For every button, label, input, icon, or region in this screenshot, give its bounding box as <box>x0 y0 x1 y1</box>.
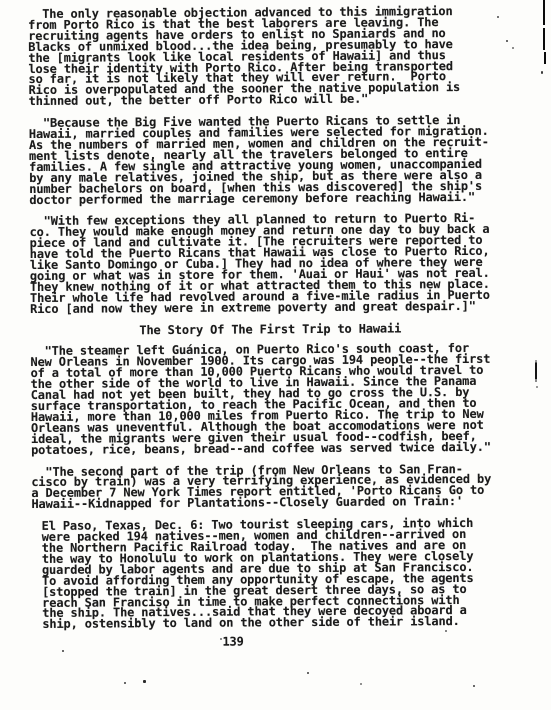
scan-speckle <box>512 47 514 49</box>
scan-edge-line <box>544 52 546 64</box>
scan-speckle <box>473 685 475 687</box>
scan-speckle <box>536 386 538 388</box>
page-number: 139 <box>222 635 512 648</box>
scanned-document-page: The only reasonable objection advanced t… <box>0 0 551 710</box>
document-text: The only reasonable objection advanced t… <box>28 6 512 649</box>
section-heading: The Story Of The First Trip to Hawaii <box>30 322 510 336</box>
scan-speckle <box>62 650 64 652</box>
scan-dash-mark <box>535 360 537 382</box>
quote-text: Two tourist sleeping cars, into which we… <box>42 516 474 631</box>
scan-speckle <box>124 682 126 684</box>
scan-speckle <box>541 71 543 74</box>
body-paragraph-steamer-trip: "The steamer left Guánica, on Puerto Ric… <box>30 343 511 455</box>
body-paragraph-second-part-trip: "The second part of the trip (from New O… <box>31 463 511 510</box>
scan-edge-line <box>543 28 545 50</box>
news-quote-paragraph: El Paso, Texas, Dec. 6: Two tourist slee… <box>32 518 513 630</box>
scan-speckle <box>143 680 146 683</box>
scan-edge-line <box>543 0 545 25</box>
body-paragraph-planned-return: "With few exceptions they all planned to… <box>29 213 510 315</box>
scan-speckle <box>307 672 309 674</box>
body-paragraph-immigration-objection: The only reasonable objection advanced t… <box>28 6 509 108</box>
body-paragraph-big-five-migration: "Because the Big Five wanted the Puerto … <box>29 115 510 206</box>
scan-speckle <box>360 683 362 685</box>
